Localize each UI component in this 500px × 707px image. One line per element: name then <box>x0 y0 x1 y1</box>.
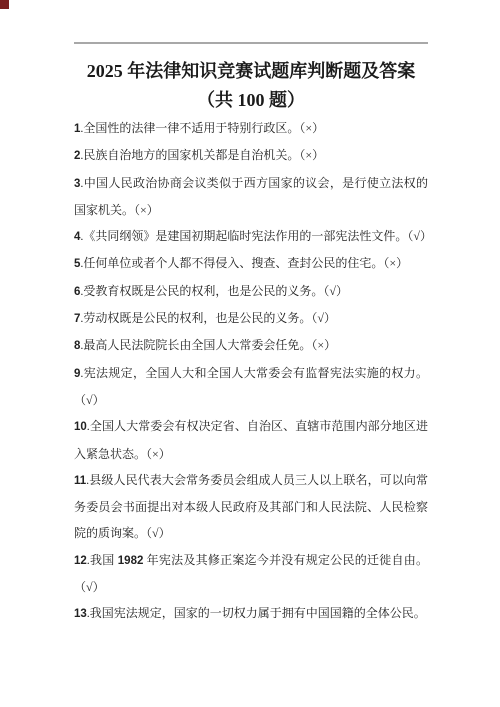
title-line-1: 2025 年法律知识竞赛试题库判断题及答案 <box>74 57 428 86</box>
question-item: 8.最高人民法院院长由全国人大常委会任免。（×） <box>74 332 428 359</box>
corner-artifact <box>0 0 9 9</box>
question-item: 4.《共同纲领》是建国初期起临时宪法作用的一部宪法性文件。（√） <box>74 223 428 250</box>
title-top-rule <box>74 42 428 44</box>
question-item: 7.劳动权既是公民的权利，也是公民的义务。（√） <box>74 305 428 332</box>
question-number: 1982 <box>118 555 144 567</box>
document-page: 2025 年法律知识竞赛试题库判断题及答案 （共 100 题） 1.全国性的法律… <box>0 0 500 707</box>
question-item: 2.民族自治地方的国家机关都是自治机关。（×） <box>74 142 428 169</box>
question-item: 9.宪法规定，全国人大和全国人大常委会有监督宪法实施的权力。（√） <box>74 360 428 414</box>
question-item: 10.全国人大常委会有权决定省、自治区、直辖市范围内部分地区进入紧急状态。（×） <box>74 413 428 467</box>
question-number: 13 <box>74 608 87 620</box>
question-number: 12 <box>74 555 87 567</box>
question-item: 12.我国 1982 年宪法及其修正案迄今并没有规定公民的迁徙自由。（√） <box>74 547 428 601</box>
question-number: 6 <box>74 286 80 298</box>
title-line-2: （共 100 题） <box>74 86 428 115</box>
question-number: 10 <box>74 421 87 433</box>
question-item: 13.我国宪法规定，国家的一切权力属于拥有中国国籍的全体公民。 <box>74 600 428 627</box>
question-list: 1.全国性的法律一律不适用于特别行政区。（×）2.民族自治地方的国家机关都是自治… <box>74 115 428 628</box>
question-number: 9 <box>74 368 80 380</box>
question-item: 3.中国人民政治协商会议类似于西方国家的议会，是行使立法权的国家机关。（×） <box>74 170 428 224</box>
question-number: 3 <box>74 178 80 190</box>
question-item: 1.全国性的法律一律不适用于特别行政区。（×） <box>74 115 428 142</box>
question-number: 8 <box>74 340 80 352</box>
question-item: 11.县级人民代表大会常务委员会组成人员三人以上联名，可以向常务委员会书面提出对… <box>74 467 428 547</box>
question-number: 1 <box>74 123 80 135</box>
question-number: 4 <box>74 231 80 243</box>
question-number: 5 <box>74 258 80 270</box>
question-item: 5.任何单位或者个人都不得侵入、搜查、查封公民的住宅。（×） <box>74 250 428 277</box>
question-number: 7 <box>74 313 80 325</box>
question-number: 11 <box>74 475 86 487</box>
question-item: 6.受教育权既是公民的权利，也是公民的义务。（√） <box>74 278 428 305</box>
document-content: 2025 年法律知识竞赛试题库判断题及答案 （共 100 题） 1.全国性的法律… <box>0 42 500 628</box>
question-number: 2 <box>74 150 80 162</box>
document-title: 2025 年法律知识竞赛试题库判断题及答案 （共 100 题） <box>74 57 428 115</box>
